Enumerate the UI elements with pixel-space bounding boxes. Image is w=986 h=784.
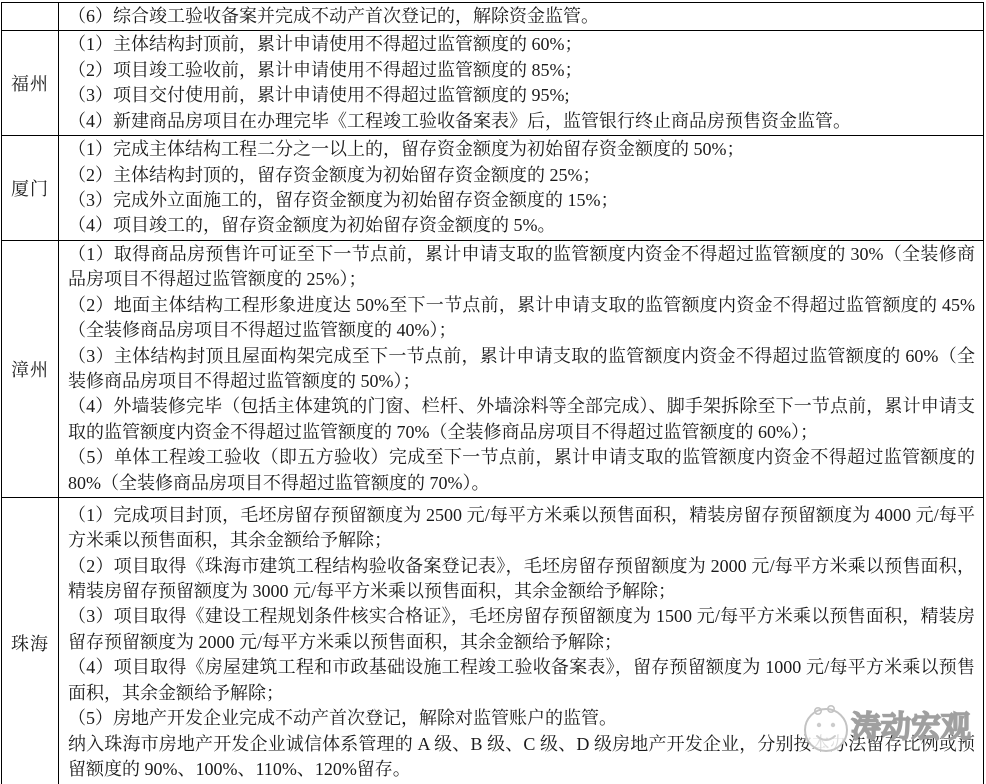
table-row: 珠海（1）完成项目封顶，毛坯房留存预留额度为 2500 元/每平方米乘以预售面积… <box>2 498 984 784</box>
rules-cell: （6）综合竣工验收备案并完成不动产首次登记的，解除资金监管。 <box>59 3 984 31</box>
city-cell: 厦门 <box>2 136 59 241</box>
rule-item: 纳入珠海市房地产开发企业诚信体系管理的 A 级、B 级、C 级、D 级房地产开发… <box>68 732 975 783</box>
rule-item: （3）主体结构封顶且屋面构架完成至下一节点前，累计申请支取的监管额度内资金不得超… <box>68 344 975 395</box>
table-row: （6）综合竣工验收备案并完成不动产首次登记的，解除资金监管。 <box>2 3 984 31</box>
rule-item: （2）地面主体结构工程形象进度达 50%至下一节点前，累计申请支取的监管额度内资… <box>68 293 975 344</box>
rules-cell: （1）主体结构封顶前，累计申请使用不得超过监管额度的 60%；（2）项目竣工验收… <box>59 31 984 136</box>
rule-item: （4）新建商品房项目在办理完毕《工程竣工验收备案表》后，监管银行终止商品房预售资… <box>68 109 975 134</box>
rule-item: （5）单体工程竣工验收（即五方验收）完成至下一节点前，累计申请支取的监管额度内资… <box>68 445 975 496</box>
table-row: 漳州（1）取得商品房预售许可证至下一节点前，累计申请支取的监管额度内资金不得超过… <box>2 241 984 498</box>
document-page: （6）综合竣工验收备案并完成不动产首次登记的，解除资金监管。福州（1）主体结构封… <box>1 2 984 784</box>
rule-item: （3）项目交付使用前，累计申请使用不得超过监管额度的 95%; <box>68 83 975 108</box>
table-body: （6）综合竣工验收备案并完成不动产首次登记的，解除资金监管。福州（1）主体结构封… <box>2 3 984 784</box>
city-cell: 漳州 <box>2 241 59 498</box>
city-cell: 珠海 <box>2 498 59 784</box>
rule-item: （4）外墙装修完毕（包括主体建筑的门窗、栏杆、外墙涂料等全部完成）、脚手架拆除至… <box>68 394 975 445</box>
rule-item: （6）综合竣工验收备案并完成不动产首次登记的，解除资金监管。 <box>68 4 975 29</box>
rules-cell: （1）取得商品房预售许可证至下一节点前，累计申请支取的监管额度内资金不得超过监管… <box>59 241 984 498</box>
table-row: 厦门（1）完成主体结构工程二分之一以上的，留存资金额度为初始留存资金额度的 50… <box>2 136 984 241</box>
presale-fund-regulation-table: （6）综合竣工验收备案并完成不动产首次登记的，解除资金监管。福州（1）主体结构封… <box>1 2 984 784</box>
rule-item: （4）项目取得《房屋建筑工程和市政基础设施工程竣工验收备案表》，留存预留额度为 … <box>68 655 975 706</box>
rule-item: （2）主体结构封顶的，留存资金额度为初始留存资金额度的 25%； <box>68 163 975 188</box>
rule-item: （1）完成项目封顶，毛坯房留存预留额度为 2500 元/每平方米乘以预售面积，精… <box>68 503 975 554</box>
rule-item: （3）完成外立面施工的，留存资金额度为初始留存资金额度的 15%； <box>68 188 975 213</box>
rule-item: （2）项目取得《珠海市建筑工程结构验收备案登记表》，毛坯房留存预留额度为 200… <box>68 554 975 605</box>
rule-item: （3）项目取得《建设工程规划条件核实合格证》，毛坯房留存预留额度为 1500 元… <box>68 604 975 655</box>
rules-cell: （1）完成主体结构工程二分之一以上的，留存资金额度为初始留存资金额度的 50%；… <box>59 136 984 241</box>
city-cell <box>2 3 59 31</box>
rule-item: （5）房地产开发企业完成不动产首次登记，解除对监管账户的监管。 <box>68 706 975 731</box>
city-cell: 福州 <box>2 31 59 136</box>
rule-item: （4）项目竣工的，留存资金额度为初始留存资金额度的 5%。 <box>68 213 975 238</box>
rule-item: （2）项目竣工验收前，累计申请使用不得超过监管额度的 85%； <box>68 58 975 83</box>
rule-item: （1）完成主体结构工程二分之一以上的，留存资金额度为初始留存资金额度的 50%； <box>68 137 975 162</box>
rules-cell: （1）完成项目封顶，毛坯房留存预留额度为 2500 元/每平方米乘以预售面积，精… <box>59 498 984 784</box>
rule-item: （1）取得商品房预售许可证至下一节点前，累计申请支取的监管额度内资金不得超过监管… <box>68 242 975 293</box>
table-row: 福州（1）主体结构封顶前，累计申请使用不得超过监管额度的 60%；（2）项目竣工… <box>2 31 984 136</box>
rule-item: （1）主体结构封顶前，累计申请使用不得超过监管额度的 60%； <box>68 32 975 57</box>
